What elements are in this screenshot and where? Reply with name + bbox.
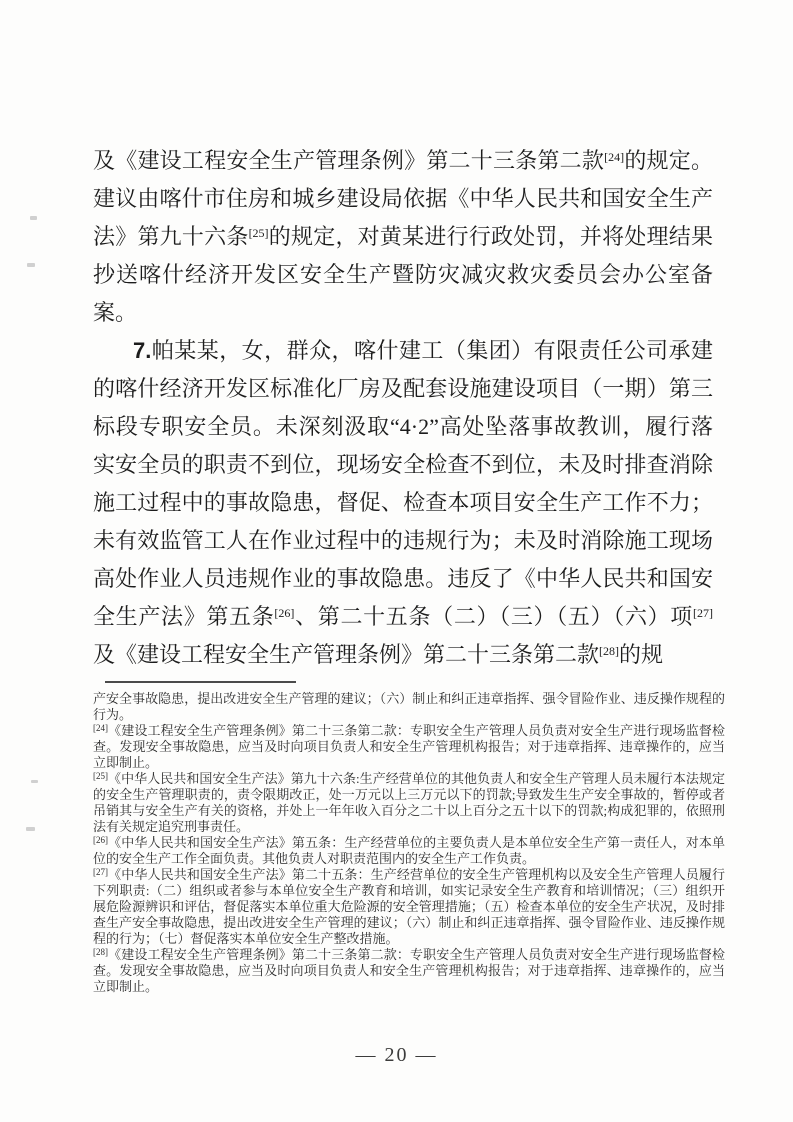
body-paragraph: 及《建设工程安全生产管理条例》第二十三条第二款[24]的规定。建议由喀什市住房和… — [93, 142, 713, 332]
footnote-text: 《建设工程安全生产管理条例》第二十三条第二款：专职安全生产管理人员负责对安全生产… — [93, 947, 725, 994]
scan-artifact — [27, 263, 35, 267]
footnote-text: 《中华人民共和国安全生产法》第九十六条:生产经营单位的其他负责人和安全生产管理人… — [93, 771, 725, 834]
footnote-item: [28]《建设工程安全生产管理条例》第二十三条第二款：专职安全生产管理人员负责对… — [93, 947, 725, 995]
body-text: 及《建设工程安全生产管理条例》第二十三条第二款[24]的规定。建议由喀什市住房和… — [93, 142, 713, 674]
scan-artifact — [30, 216, 37, 220]
text-run: 7. — [133, 338, 151, 363]
footnote-item: [24]《建设工程安全生产管理条例》第二十三条第二款：专职安全生产管理人员负责对… — [93, 723, 725, 771]
footnote-marker: [24] — [93, 723, 108, 733]
footnote-item: [26]《中华人民共和国安全生产法》第五条：生产经营单位的主要负责人是本单位安全… — [93, 835, 725, 867]
document-page: 及《建设工程安全生产管理条例》第二十三条第二款[24]的规定。建议由喀什市住房和… — [0, 0, 793, 1122]
footnote-reference: [24] — [604, 150, 624, 164]
scan-artifact — [31, 780, 38, 783]
text-run: 及《建设工程安全生产管理条例》第二十三条第二款 — [93, 148, 604, 173]
footnote-marker: [26] — [93, 835, 108, 845]
footnote-reference: [25] — [249, 226, 269, 240]
footnote-text: 《中华人民共和国安全生产法》第二十五条：生产经营单位的安全生产管理机构以及安全生… — [93, 867, 725, 946]
body-paragraph: 7.帕某某，女，群众，喀什建工（集团）有限责任公司承建的喀什经济开发区标准化厂房… — [93, 332, 713, 674]
text-run: 、第二十五条（二）（三）（五）（六）项 — [294, 604, 693, 629]
text-run: 及《建设工程安全生产管理条例》第二十三条第二款 — [93, 642, 599, 667]
footnote-reference: [26] — [274, 606, 294, 620]
footnote-text: 《建设工程安全生产管理条例》第二十三条第二款：专职安全生产管理人员负责对安全生产… — [93, 723, 725, 770]
text-run: 帕某某，女，群众，喀什建工（集团）有限责任公司承建的喀什经济开发区标准化厂房及配… — [93, 338, 713, 629]
footnote-marker: [25] — [93, 771, 108, 781]
page-number: — 20 — — [0, 1044, 793, 1067]
footnote-item: [27]《中华人民共和国安全生产法》第二十五条：生产经营单位的安全生产管理机构以… — [93, 867, 725, 947]
footnote-separator — [105, 681, 296, 683]
footnotes-section: 产安全事故隐患，提出改进安全生产管理的建议；（六）制止和纠正违章指挥、强令冒险作… — [93, 691, 725, 995]
footnote-continuation: 产安全事故隐患，提出改进安全生产管理的建议；（六）制止和纠正违章指挥、强令冒险作… — [93, 691, 725, 723]
footnote-reference: [27] — [693, 606, 713, 620]
footnote-item: [25]《中华人民共和国安全生产法》第九十六条:生产经营单位的其他负责人和安全生… — [93, 771, 725, 835]
text-run: 的规 — [619, 642, 663, 667]
scan-artifact — [26, 827, 35, 831]
footnote-marker: [27] — [93, 867, 108, 877]
footnote-marker: [28] — [93, 947, 108, 957]
footnote-reference: [28] — [599, 644, 619, 658]
footnote-text: 《中华人民共和国安全生产法》第五条：生产经营单位的主要负责人是本单位安全生产第一… — [93, 835, 725, 866]
